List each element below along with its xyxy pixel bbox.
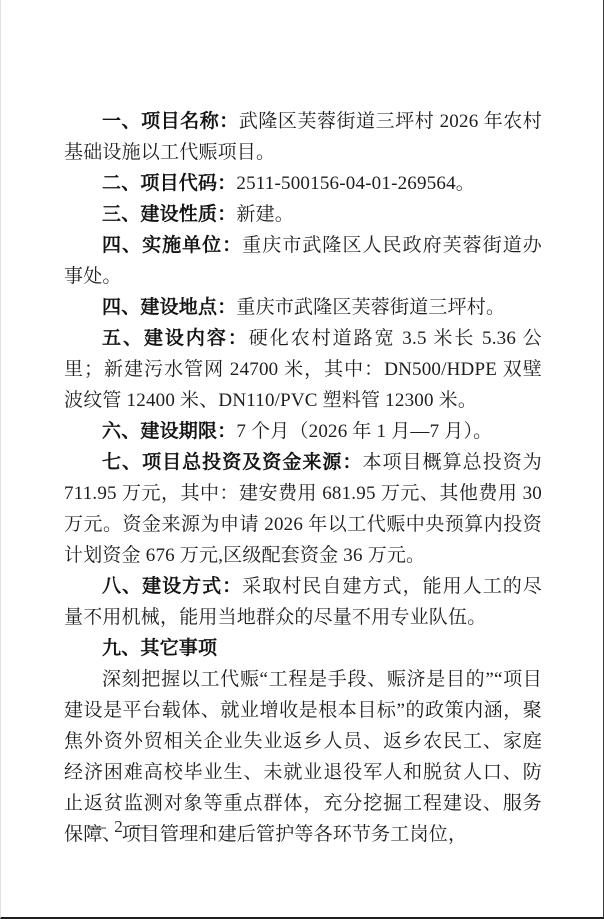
section-project-code: 二、项目代码：2511-500156-04-01-269564。 — [64, 168, 542, 199]
section-text: 新建。 — [236, 204, 294, 225]
document-body: 一、项目名称：武隆区芙蓉街道三坪村 2026 年农村基础设施以工代赈项目。 二、… — [64, 106, 542, 850]
scanned-document-page: { "page_number": "— 2 —", "document": { … — [0, 0, 604, 919]
section-label: 五、建设内容： — [102, 328, 249, 349]
page-number: — 2 — — [89, 817, 150, 837]
section-label: 九、其它事项 — [102, 638, 217, 659]
section-text: 2511-500156-04-01-269564。 — [236, 173, 475, 194]
section-label: 六、建设期限： — [102, 421, 236, 442]
section-label: 四、实施单位： — [102, 235, 242, 256]
section-construction-location: 四、建设地点：重庆市武隆区芙蓉街道三坪村。 — [64, 292, 542, 323]
section-text: 重庆市武隆区芙蓉街道三坪村。 — [236, 297, 505, 318]
section-other-matters-heading: 九、其它事项 — [64, 633, 542, 664]
section-label: 二、项目代码： — [102, 173, 236, 194]
section-construction-period: 六、建设期限：7 个月（2026 年 1 月—7 月）。 — [64, 416, 542, 447]
section-project-name: 一、项目名称：武隆区芙蓉街道三坪村 2026 年农村基础设施以工代赈项目。 — [64, 106, 542, 168]
section-construction-content: 五、建设内容：硬化农村道路宽 3.5 米长 5.36 公里；新建污水管网 247… — [64, 323, 542, 416]
section-construction-method: 八、建设方式：采取村民自建方式，能用人工的尽量不用机械，能用当地群众的尽量不用专… — [64, 571, 542, 633]
section-label: 一、项目名称： — [102, 111, 239, 132]
section-text: 7 个月（2026 年 1 月—7 月）。 — [236, 421, 492, 442]
section-label: 三、建设性质： — [102, 204, 236, 225]
section-implementing-unit: 四、实施单位：重庆市武隆区人民政府芙蓉街道办事处。 — [64, 230, 542, 292]
section-total-investment-funding: 七、项目总投资及资金来源：本项目概算总投资为 711.95 万元，其中：建安费用… — [64, 447, 542, 571]
section-label: 八、建设方式： — [102, 576, 242, 597]
section-label: 四、建设地点： — [102, 297, 236, 318]
section-label: 七、项目总投资及资金来源： — [102, 452, 362, 473]
section-construction-nature: 三、建设性质：新建。 — [64, 199, 542, 230]
